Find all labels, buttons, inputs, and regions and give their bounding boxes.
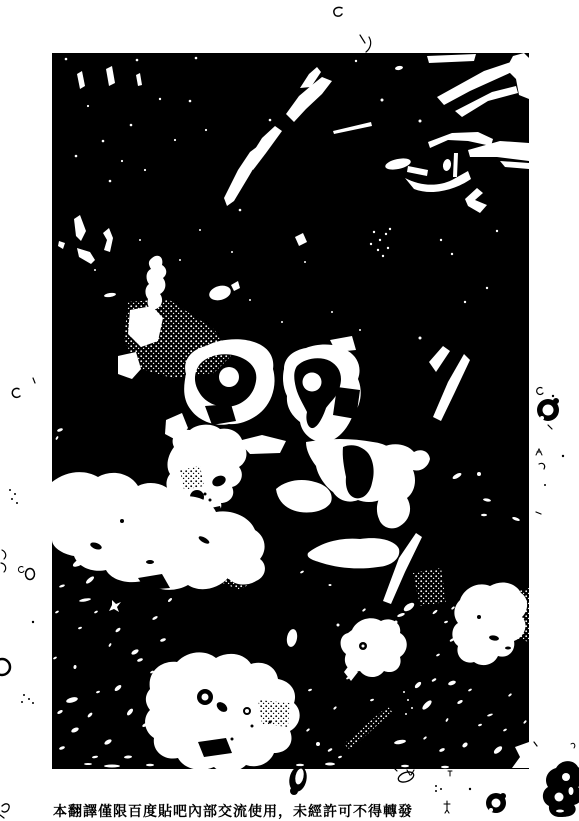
ink-splatter-right-ring	[536, 387, 564, 514]
right-pupil	[303, 373, 322, 392]
left-pupil	[219, 367, 239, 387]
ink-splatter-left	[0, 378, 35, 818]
ink-splatter-blob	[543, 761, 579, 817]
caption-text: 本翻譯僅限百度貼吧內部交流使用，未經許可不得轉發	[53, 801, 413, 821]
ink-splatter-top	[334, 7, 371, 52]
manga-page: 本翻譯僅限百度貼吧內部交流使用，未經許可不得轉發	[0, 0, 579, 821]
manga-panel-artwork	[0, 0, 579, 821]
